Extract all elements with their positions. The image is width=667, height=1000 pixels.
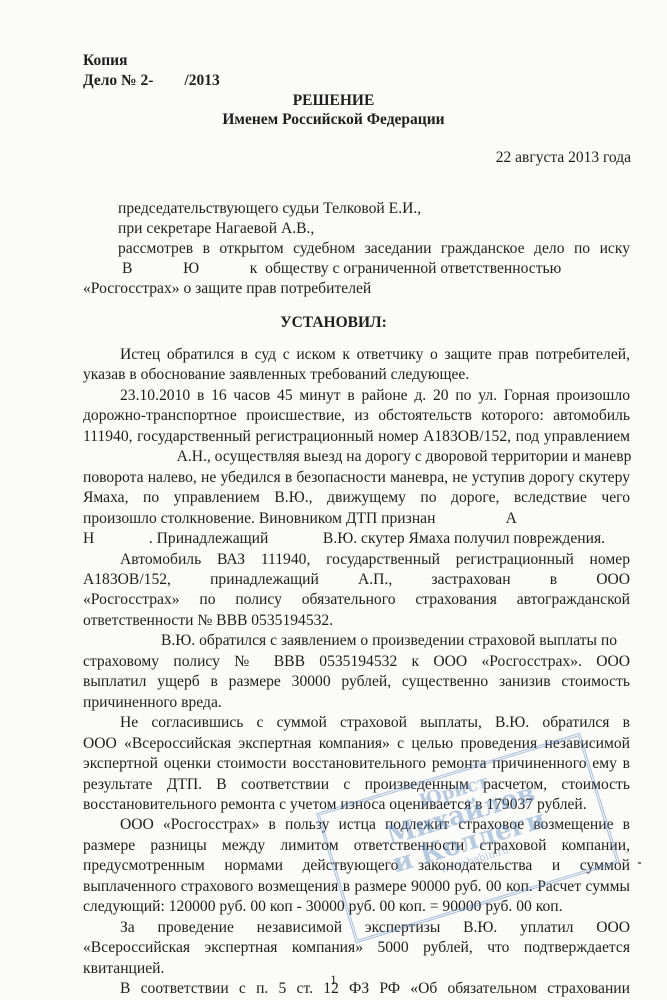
body-line: Не согласившись с суммой страховой выпла… (83, 713, 630, 733)
body-line: А183ОВ/152, принадлежащий А.П., застрахо… (83, 570, 630, 590)
body-line: следующий: 120000 руб. 00 коп - 30000 ру… (83, 897, 630, 917)
body-line: Истец обратился в суд с иском к ответчик… (83, 345, 630, 365)
document-page: Копия Дело № 2- /2013 РЕШЕНИЕ Именем Рос… (0, 0, 667, 1000)
intro-line: В Ю к обществу с ограниченной ответствен… (83, 259, 630, 279)
body-line: указав в обоснование заявленных требован… (83, 365, 630, 385)
body-line: В.Ю. обратился с заявлением о произведен… (83, 631, 630, 651)
body-line: За проведение независимой экспертизы В.Ю… (83, 918, 630, 938)
body-line: «Росгосстрах» по полису обязательного ст… (83, 590, 630, 610)
body-line: Ямаха, по управлением В.Ю., движущему по… (83, 488, 630, 508)
copy-label: Копия (83, 52, 127, 70)
section-heading: УСТАНОВИЛ: (0, 314, 667, 332)
body-line: результате ДТП. В соответствии с произве… (83, 775, 630, 795)
body-line: ООО «Росгосстрах» в пользу истца подлежи… (83, 815, 630, 835)
intro-line: при секретаре Нагаевой А.В., (118, 219, 665, 239)
body-line: дорожно-транспортное происшествие, из об… (83, 406, 630, 426)
document-subtitle: Именем Российской Федерации (0, 111, 667, 129)
body-line: ответственности № ВВВ 0535194532. (83, 611, 630, 631)
body-line: «Всероссийская экспертная компания» 5000… (83, 938, 630, 958)
body-line: экспертной оценки стоимости восстановите… (83, 754, 630, 774)
body-line: 111940, государственный регистрационный … (83, 427, 630, 447)
page-number: 1 (0, 972, 667, 988)
case-number: Дело № 2- /2013 (83, 72, 220, 90)
body-line: размере разницы между лимитом ответствен… (83, 836, 630, 856)
body-line: Н . Принадлежащий В.Ю. скутер Ямаха полу… (83, 529, 630, 549)
body-line: поворота налево, не убедился в безопасно… (83, 468, 630, 488)
body-line: выплатил ущерб в размере 30000 рублей, с… (83, 672, 630, 692)
body-line: причиненного вреда. (83, 693, 630, 713)
body-line: ООО «Всероссийская экспертная компания» … (83, 734, 630, 754)
intro-line: рассмотрев в открытом судебном заседании… (118, 239, 630, 259)
intro-line: «Росгосстрах» о защите прав потребителей (83, 279, 630, 299)
body-line: 23.10.2010 в 16 часов 45 минут в районе … (83, 386, 630, 406)
body-line: предусмотренным нормами действующего зак… (83, 856, 630, 876)
decision-date: 22 августа 2013 года (496, 149, 631, 167)
scan-speck (638, 862, 641, 864)
body-line: выплаченного страхового возмещения в раз… (83, 877, 630, 897)
body-line: произошло столкновение. Виновником ДТП п… (83, 509, 630, 529)
body-line: страховому полису № ВВВ 0535194532 к ООО… (83, 652, 630, 672)
intro-line: председательствующего судьи Телковой Е.И… (118, 199, 665, 219)
body-line: восстановительного ремонта с учетом изно… (83, 795, 630, 815)
body-line: Автомобиль ВАЗ 111940, государственный р… (83, 550, 630, 570)
body-line: А.Н., осуществляя выезд на дорогу с двор… (83, 447, 630, 467)
document-title: РЕШЕНИЕ (0, 92, 667, 110)
